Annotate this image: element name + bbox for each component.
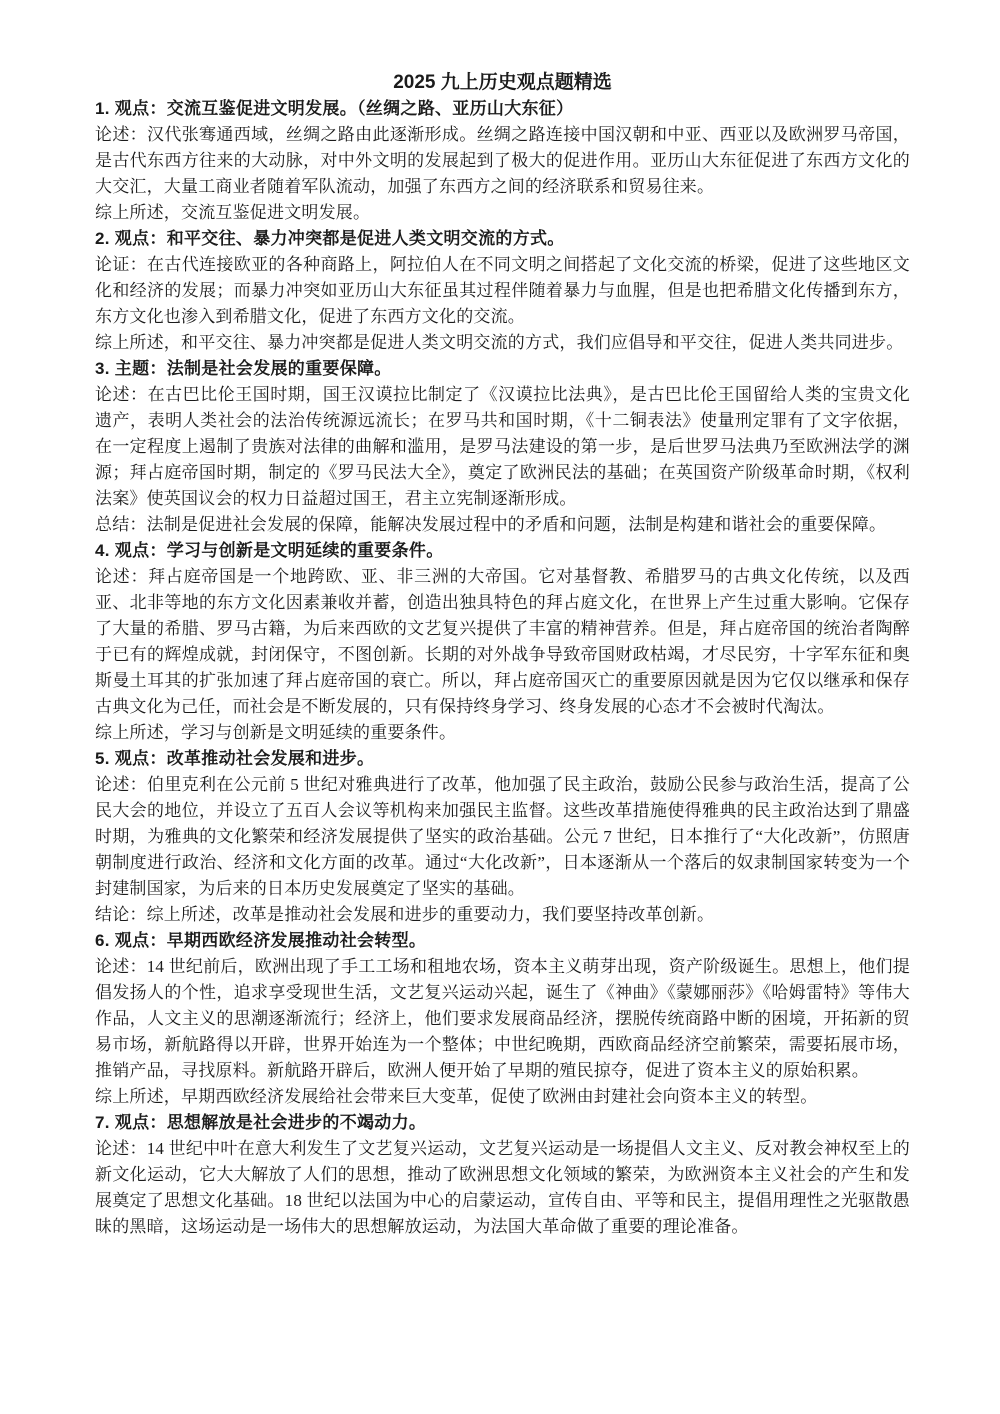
- paragraph: 论述：伯里克利在公元前 5 世纪对雅典进行了改革，他加强了民主政治，鼓励公民参与…: [95, 772, 910, 902]
- paragraph: 综上所述，早期西欧经济发展给社会带来巨大变革，促使了欧洲由封建社会向资本主义的转…: [95, 1084, 910, 1110]
- section-1-exchange: 1. 观点：交流互鉴促进文明发展。（丝绸之路、亚历山大东征） 论述：汉代张骞通西…: [95, 96, 910, 226]
- section-heading: 2. 观点：和平交往、暴力冲突都是促进人类文明交流的方式。: [95, 226, 910, 252]
- section-heading: 6. 观点：早期西欧经济发展推动社会转型。: [95, 928, 910, 954]
- section-6-economy-transition: 6. 观点：早期西欧经济发展推动社会转型。 论述：14 世纪前后，欧洲出现了手工…: [95, 928, 910, 1110]
- paragraph: 总结：法制是促进社会发展的保障，能解决发展过程中的矛盾和问题，法制是构建和谐社会…: [95, 512, 910, 538]
- section-2-peace-conflict: 2. 观点：和平交往、暴力冲突都是促进人类文明交流的方式。 论证：在古代连接欧亚…: [95, 226, 910, 356]
- paragraph: 综上所述，交流互鉴促进文明发展。: [95, 200, 910, 226]
- section-heading: 3. 主题：法制是社会发展的重要保障。: [95, 356, 910, 382]
- paragraph: 论述：14 世纪中叶在意大利发生了文艺复兴运动，文艺复兴运动是一场提倡人文主义、…: [95, 1136, 910, 1240]
- section-4-learning-innovation: 4. 观点：学习与创新是文明延续的重要条件。 论述：拜占庭帝国是一个地跨欧、亚、…: [95, 538, 910, 746]
- document-page: 2025 九上历史观点题精选 1. 观点：交流互鉴促进文明发展。（丝绸之路、亚历…: [0, 0, 1000, 1414]
- paragraph: 综上所述，学习与创新是文明延续的重要条件。: [95, 720, 910, 746]
- section-heading: 5. 观点：改革推动社会发展和进步。: [95, 746, 910, 772]
- paragraph: 综上所述，和平交往、暴力冲突都是促进人类文明交流的方式，我们应倡导和平交往，促进…: [95, 330, 910, 356]
- section-heading: 7. 观点：思想解放是社会进步的不竭动力。: [95, 1110, 910, 1136]
- document-title: 2025 九上历史观点题精选: [95, 70, 910, 96]
- section-3-rule-of-law: 3. 主题：法制是社会发展的重要保障。 论述：在古巴比伦王国时期，国王汉谟拉比制…: [95, 356, 910, 538]
- paragraph: 论述：汉代张骞通西域，丝绸之路由此逐渐形成。丝绸之路连接中国汉朝和中亚、西亚以及…: [95, 122, 910, 200]
- paragraph: 论述：14 世纪前后，欧洲出现了手工工场和租地农场，资本主义萌芽出现，资产阶级诞…: [95, 954, 910, 1084]
- section-heading: 1. 观点：交流互鉴促进文明发展。（丝绸之路、亚历山大东征）: [95, 96, 910, 122]
- section-5-reform: 5. 观点：改革推动社会发展和进步。 论述：伯里克利在公元前 5 世纪对雅典进行…: [95, 746, 910, 928]
- paragraph: 论证：在古代连接欧亚的各种商路上，阿拉伯人在不同文明之间搭起了文化交流的桥梁，促…: [95, 252, 910, 330]
- section-7-thought-liberation: 7. 观点：思想解放是社会进步的不竭动力。 论述：14 世纪中叶在意大利发生了文…: [95, 1110, 910, 1240]
- section-heading: 4. 观点：学习与创新是文明延续的重要条件。: [95, 538, 910, 564]
- paragraph: 论述：拜占庭帝国是一个地跨欧、亚、非三洲的大帝国。它对基督教、希腊罗马的古典文化…: [95, 564, 910, 720]
- paragraph: 论述：在古巴比伦王国时期，国王汉谟拉比制定了《汉谟拉比法典》，是古巴比伦王国留给…: [95, 382, 910, 512]
- paragraph: 结论：综上所述，改革是推动社会发展和进步的重要动力，我们要坚持改革创新。: [95, 902, 910, 928]
